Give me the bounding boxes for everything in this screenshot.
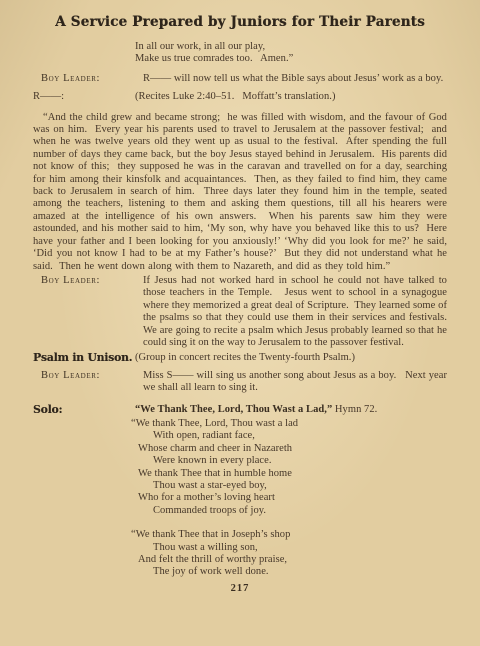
hymn-line: Who for a mother’s loving heart <box>138 492 447 504</box>
dialogue-row-boy-leader-3: Boy Leader: Miss S—— will sing us anothe… <box>33 370 447 395</box>
hymn-line: And felt the thrill of worthy praise, <box>138 554 447 566</box>
book-page: A Service Prepared by Juniors for Their … <box>0 0 480 646</box>
hymn-line: Thou wast a willing son, <box>138 542 447 554</box>
opening-verse: In all our work, in all our play, Make u… <box>135 41 447 66</box>
hymn-line: “We thank Thee, Lord, Thou wast a lad <box>138 418 447 430</box>
speaker-text: “We Thank Thee, Lord, Thou Wast a Lad,” … <box>135 404 447 416</box>
dialogue-row-solo: Solo: “We Thank Thee, Lord, Thou Wast a … <box>33 404 447 416</box>
speaker-label: Boy Leader: <box>33 73 143 85</box>
hymn-line: With open, radiant face, <box>138 430 447 442</box>
page-number: 217 <box>33 583 447 595</box>
speaker-text: If Jesus had not worked hard in school h… <box>143 275 447 349</box>
verse-line: Make us true comrades too. Amen.” <box>135 53 447 65</box>
speaker-label: Boy Leader: <box>33 370 143 382</box>
hymn-line: Whose charm and cheer in Nazareth <box>138 443 447 455</box>
hymn-stanza-2: “We thank Thee that in Joseph’s shop Tho… <box>138 529 447 579</box>
hymn-line: “We thank Thee that in Joseph’s shop <box>138 529 447 541</box>
speaker-text: Miss S—— will sing us another song about… <box>143 370 447 395</box>
hymn-line: Thou wast a star-eyed boy, <box>138 480 447 492</box>
scripture-paragraph: “And the child grew and became strong; h… <box>33 112 447 273</box>
speaker-label: Solo: <box>33 404 135 416</box>
solo-hymn-title: “We Thank Thee, Lord, Thou Wast a Lad,” <box>135 404 332 415</box>
speaker-text: (Group in concert recites the Twenty-fou… <box>135 352 447 364</box>
speaker-text: (Recites Luke 2:40–51. Moffatt’s transla… <box>135 91 447 103</box>
dialogue-row-psalm-in-unison: Psalm in Unison. (Group in concert recit… <box>33 352 447 364</box>
speaker-label: Boy Leader: <box>33 275 143 287</box>
dialogue-row-r: R——: (Recites Luke 2:40–51. Moffatt’s tr… <box>33 91 447 103</box>
hymn-line: The joy of work well done. <box>138 566 447 578</box>
hymn-stanza-1: “We thank Thee, Lord, Thou wast a lad Wi… <box>138 418 447 517</box>
dialogue-row-boy-leader-1: Boy Leader: R—— will now tell us what th… <box>33 73 447 85</box>
hymn-line: Were known in every place. <box>138 455 447 467</box>
dialogue-row-boy-leader-2: Boy Leader: If Jesus had not worked hard… <box>33 275 447 349</box>
speaker-label: Psalm in Unison. <box>33 352 135 364</box>
verse-line: In all our work, in all our play, <box>135 41 447 53</box>
hymn-line: We thank Thee that in humble home <box>138 468 447 480</box>
speaker-text: R—— will now tell us what the Bible says… <box>143 73 447 85</box>
page-title: A Service Prepared by Juniors for Their … <box>33 15 447 30</box>
speaker-label: R——: <box>33 91 135 103</box>
hymn-line: Commanded troops of joy. <box>138 505 447 517</box>
solo-hymn-ref: Hymn 72. <box>332 404 377 415</box>
